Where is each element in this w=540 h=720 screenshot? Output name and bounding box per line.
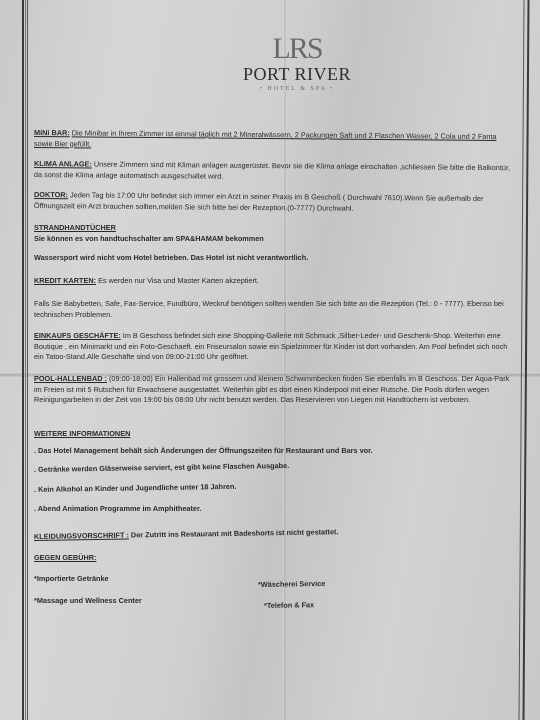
section-doktor: DOKTOR: Jeden Tag bis 17:00 Uhr befindet… [34, 190, 514, 215]
minibar-text: Die Minibar in Ihrem Zimmer ist einmal t… [34, 128, 497, 148]
page-border-left [22, 0, 28, 720]
weitere-item: . Getränke werden Gläserweise serviert, … [34, 457, 514, 475]
doktor-heading: DOKTOR: [34, 190, 68, 199]
section-einkauf: EINKAUFS GESCHÄFTE: Im B Geschoss befind… [34, 331, 514, 363]
weitere-item: . Kein Alkohol an Kinder und Jugendliche… [34, 477, 514, 495]
weitere-item: . Abend Animation Programme im Amphithea… [34, 504, 514, 515]
wassersport-text: Wassersport wird nicht vom Hotel betrieb… [34, 253, 308, 262]
kredit-text: Es werden nur Visa und Master Karten akz… [98, 276, 259, 285]
doktor-text: Jeden Tag bis 17:00 Uhr befindet sich im… [34, 190, 484, 212]
section-pool: POOL-HALLENBAD : (09:00-18:00) Ein Halle… [34, 374, 514, 406]
section-klima: KLIMA ANLAGE: Unsere Zimmern sind mit Kl… [34, 159, 514, 184]
einkauf-heading: EINKAUFS GESCHÄFTE: [34, 331, 121, 340]
hotel-logo: LRS PORT RIVER • HOTEL & SPA • [222, 34, 372, 94]
service-text: Falls Sie Babybetten, Safe, Fax-Service,… [34, 299, 504, 319]
klima-text: Unsere Zimmern sind mit Kliman anlagen a… [34, 160, 510, 181]
weitere-heading: WEITERE INFORMATIONEN [34, 429, 514, 440]
fee-item: *Massage und Wellness Center [34, 596, 142, 605]
weitere-item: . Das Hotel Management behält sich Änder… [34, 446, 514, 457]
fee-item: *Importierte Getränke [34, 574, 109, 583]
strand-text: Sie können es von handtuchschalter am SP… [34, 234, 514, 245]
klima-heading: KLIMA ANLAGE: [34, 159, 92, 169]
hotel-info-sheet: LRS PORT RIVER • HOTEL & SPA • MiNi BAR:… [32, 0, 518, 720]
section-kredit-karten: KREDIT KARTEN: Es werden nur Visa und Ma… [34, 276, 514, 287]
logo-mark: LRS [222, 34, 372, 64]
hotel-subtitle: • HOTEL & SPA • [222, 84, 372, 94]
section-kleidung: KLEIDUNGSVORSCHRIFT : Der Zutritt ins Re… [34, 524, 514, 542]
section-weitere: WEITERE INFORMATIONEN . Das Hotel Manage… [34, 429, 514, 515]
hotel-name: PORT RIVER [222, 64, 372, 84]
section-strandhandtuecher: STRANDHANDTÜCHER Sie können es von handt… [34, 223, 514, 244]
page-border-right [518, 0, 529, 720]
kredit-heading: KREDIT KARTEN: [34, 276, 96, 285]
strand-heading: STRANDHANDTÜCHER [34, 223, 514, 234]
section-gegen-gebuehr: GEGEN GEBÜHR: [34, 553, 514, 564]
fee-item: *Wäscherei Service [258, 579, 325, 589]
section-minibar: MiNi BAR: Die Minibar in Ihrem Zimmer is… [34, 128, 514, 153]
fee-item: *Telefon & Fax [264, 600, 314, 610]
section-service: Falls Sie Babybetten, Safe, Fax-Service,… [34, 299, 514, 320]
section-wassersport: Wassersport wird nicht vom Hotel betrieb… [34, 253, 514, 264]
pool-heading: POOL-HALLENBAD : [34, 374, 107, 383]
kleidung-text: Der Zutritt ins Restaurant mit Badeshort… [131, 527, 339, 539]
minibar-heading: MiNi BAR: [34, 128, 70, 137]
kleidung-heading: KLEIDUNGSVORSCHRIFT : [34, 531, 129, 541]
gebuehr-heading: GEGEN GEBÜHR: [34, 553, 96, 562]
